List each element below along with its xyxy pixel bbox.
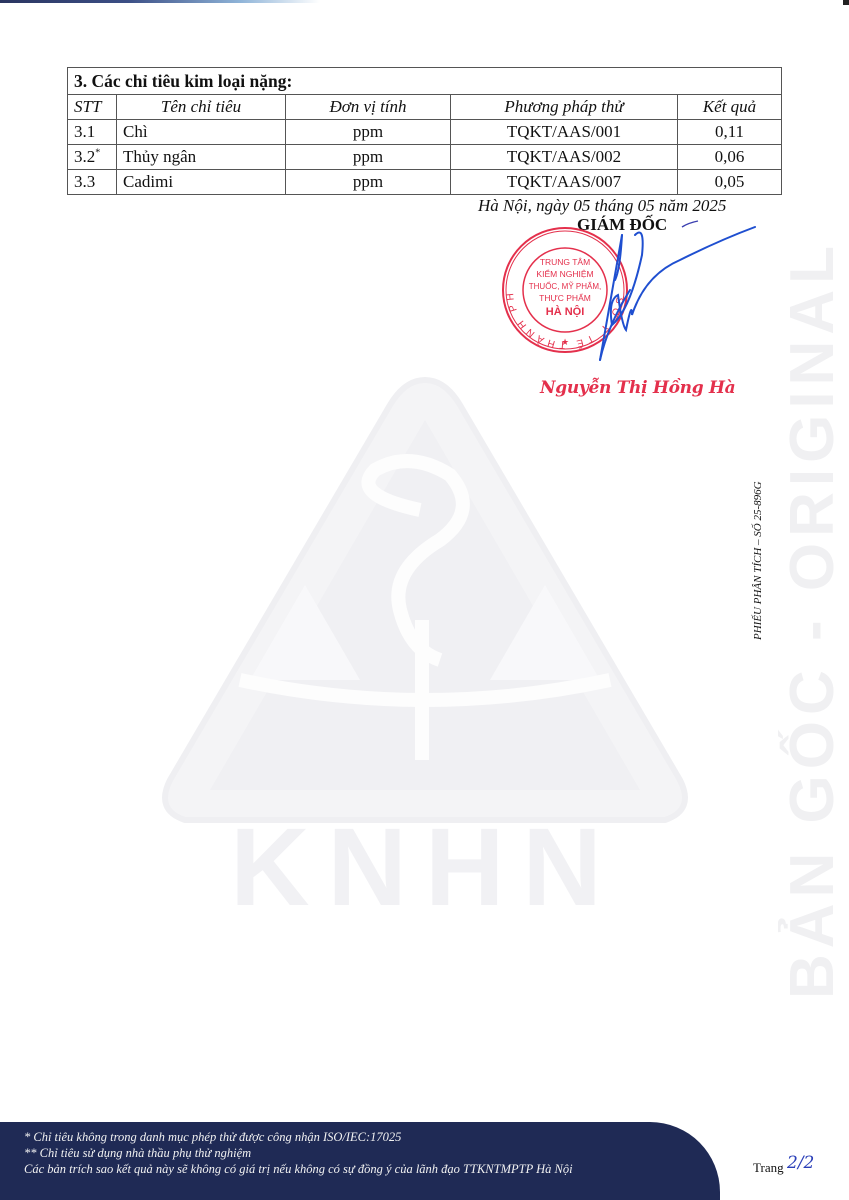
scan-mark	[843, 0, 849, 5]
svg-text:KNHN: KNHN	[230, 806, 620, 920]
row-method: TQKT/AAS/002	[451, 145, 678, 170]
stt-value: 3.2	[74, 147, 95, 166]
column-header-name: Tên chỉ tiêu	[117, 95, 286, 120]
row-stt: 3.3	[68, 170, 117, 195]
stt-value: 3.3	[74, 172, 95, 191]
report-number: PHIẾU PHÂN TÍCH – SỐ 25-896G	[752, 481, 764, 640]
table-header-row: STT Tên chỉ tiêu Đơn vị tính Phương pháp…	[68, 95, 782, 120]
row-unit: ppm	[286, 170, 451, 195]
row-stt: 3.1	[68, 120, 117, 145]
table-row: 3.1 Chì ppm TQKT/AAS/001 0,11	[68, 120, 782, 145]
stt-value: 3.1	[74, 122, 95, 141]
row-result: 0,05	[678, 170, 782, 195]
top-edge-strip	[0, 0, 320, 3]
row-method: TQKT/AAS/001	[451, 120, 678, 145]
footnote-copy-validity: Các bản trích sao kết quả này sẽ không c…	[24, 1162, 573, 1177]
knhn-logo-watermark: KNHN	[150, 360, 700, 920]
row-unit: ppm	[286, 145, 451, 170]
section-title: 3. Các chỉ tiêu kim loại nặng:	[68, 68, 782, 95]
table-row: 3.2* Thủy ngân ppm TQKT/AAS/002 0,06	[68, 145, 782, 170]
column-header-method: Phương pháp thử	[451, 95, 678, 120]
row-name: Chì	[117, 120, 286, 145]
row-name: Thủy ngân	[117, 145, 286, 170]
table-row: 3.3 Cadimi ppm TQKT/AAS/007 0,05	[68, 170, 782, 195]
page-number: 2/2	[787, 1153, 814, 1173]
original-watermark-text: BẢN GỐC - ORIGINAL	[783, 40, 843, 1200]
date-line: Hà Nội, ngày 05 tháng 05 năm 2025	[478, 196, 726, 216]
row-unit: ppm	[286, 120, 451, 145]
page-label: Trang	[753, 1160, 784, 1176]
row-stt: 3.2*	[68, 145, 117, 170]
footnote-marker: *	[95, 147, 100, 158]
row-name: Cadimi	[117, 170, 286, 195]
signer-name: Nguyễn Thị Hồng Hà	[540, 378, 735, 398]
footnote-not-accredited: * Chỉ tiêu không trong danh mục phép thử…	[24, 1130, 401, 1145]
director-signature	[560, 215, 760, 365]
row-method: TQKT/AAS/007	[451, 170, 678, 195]
column-header-unit: Đơn vị tính	[286, 95, 451, 120]
column-header-result: Kết quả	[678, 95, 782, 120]
column-header-stt: STT	[68, 95, 117, 120]
footnote-subcontractor: ** Chỉ tiêu sử dụng nhà thầu phụ thử ngh…	[24, 1146, 251, 1161]
row-result: 0,06	[678, 145, 782, 170]
row-result: 0,11	[678, 120, 782, 145]
heavy-metals-table: 3. Các chỉ tiêu kim loại nặng: STT Tên c…	[67, 67, 782, 195]
